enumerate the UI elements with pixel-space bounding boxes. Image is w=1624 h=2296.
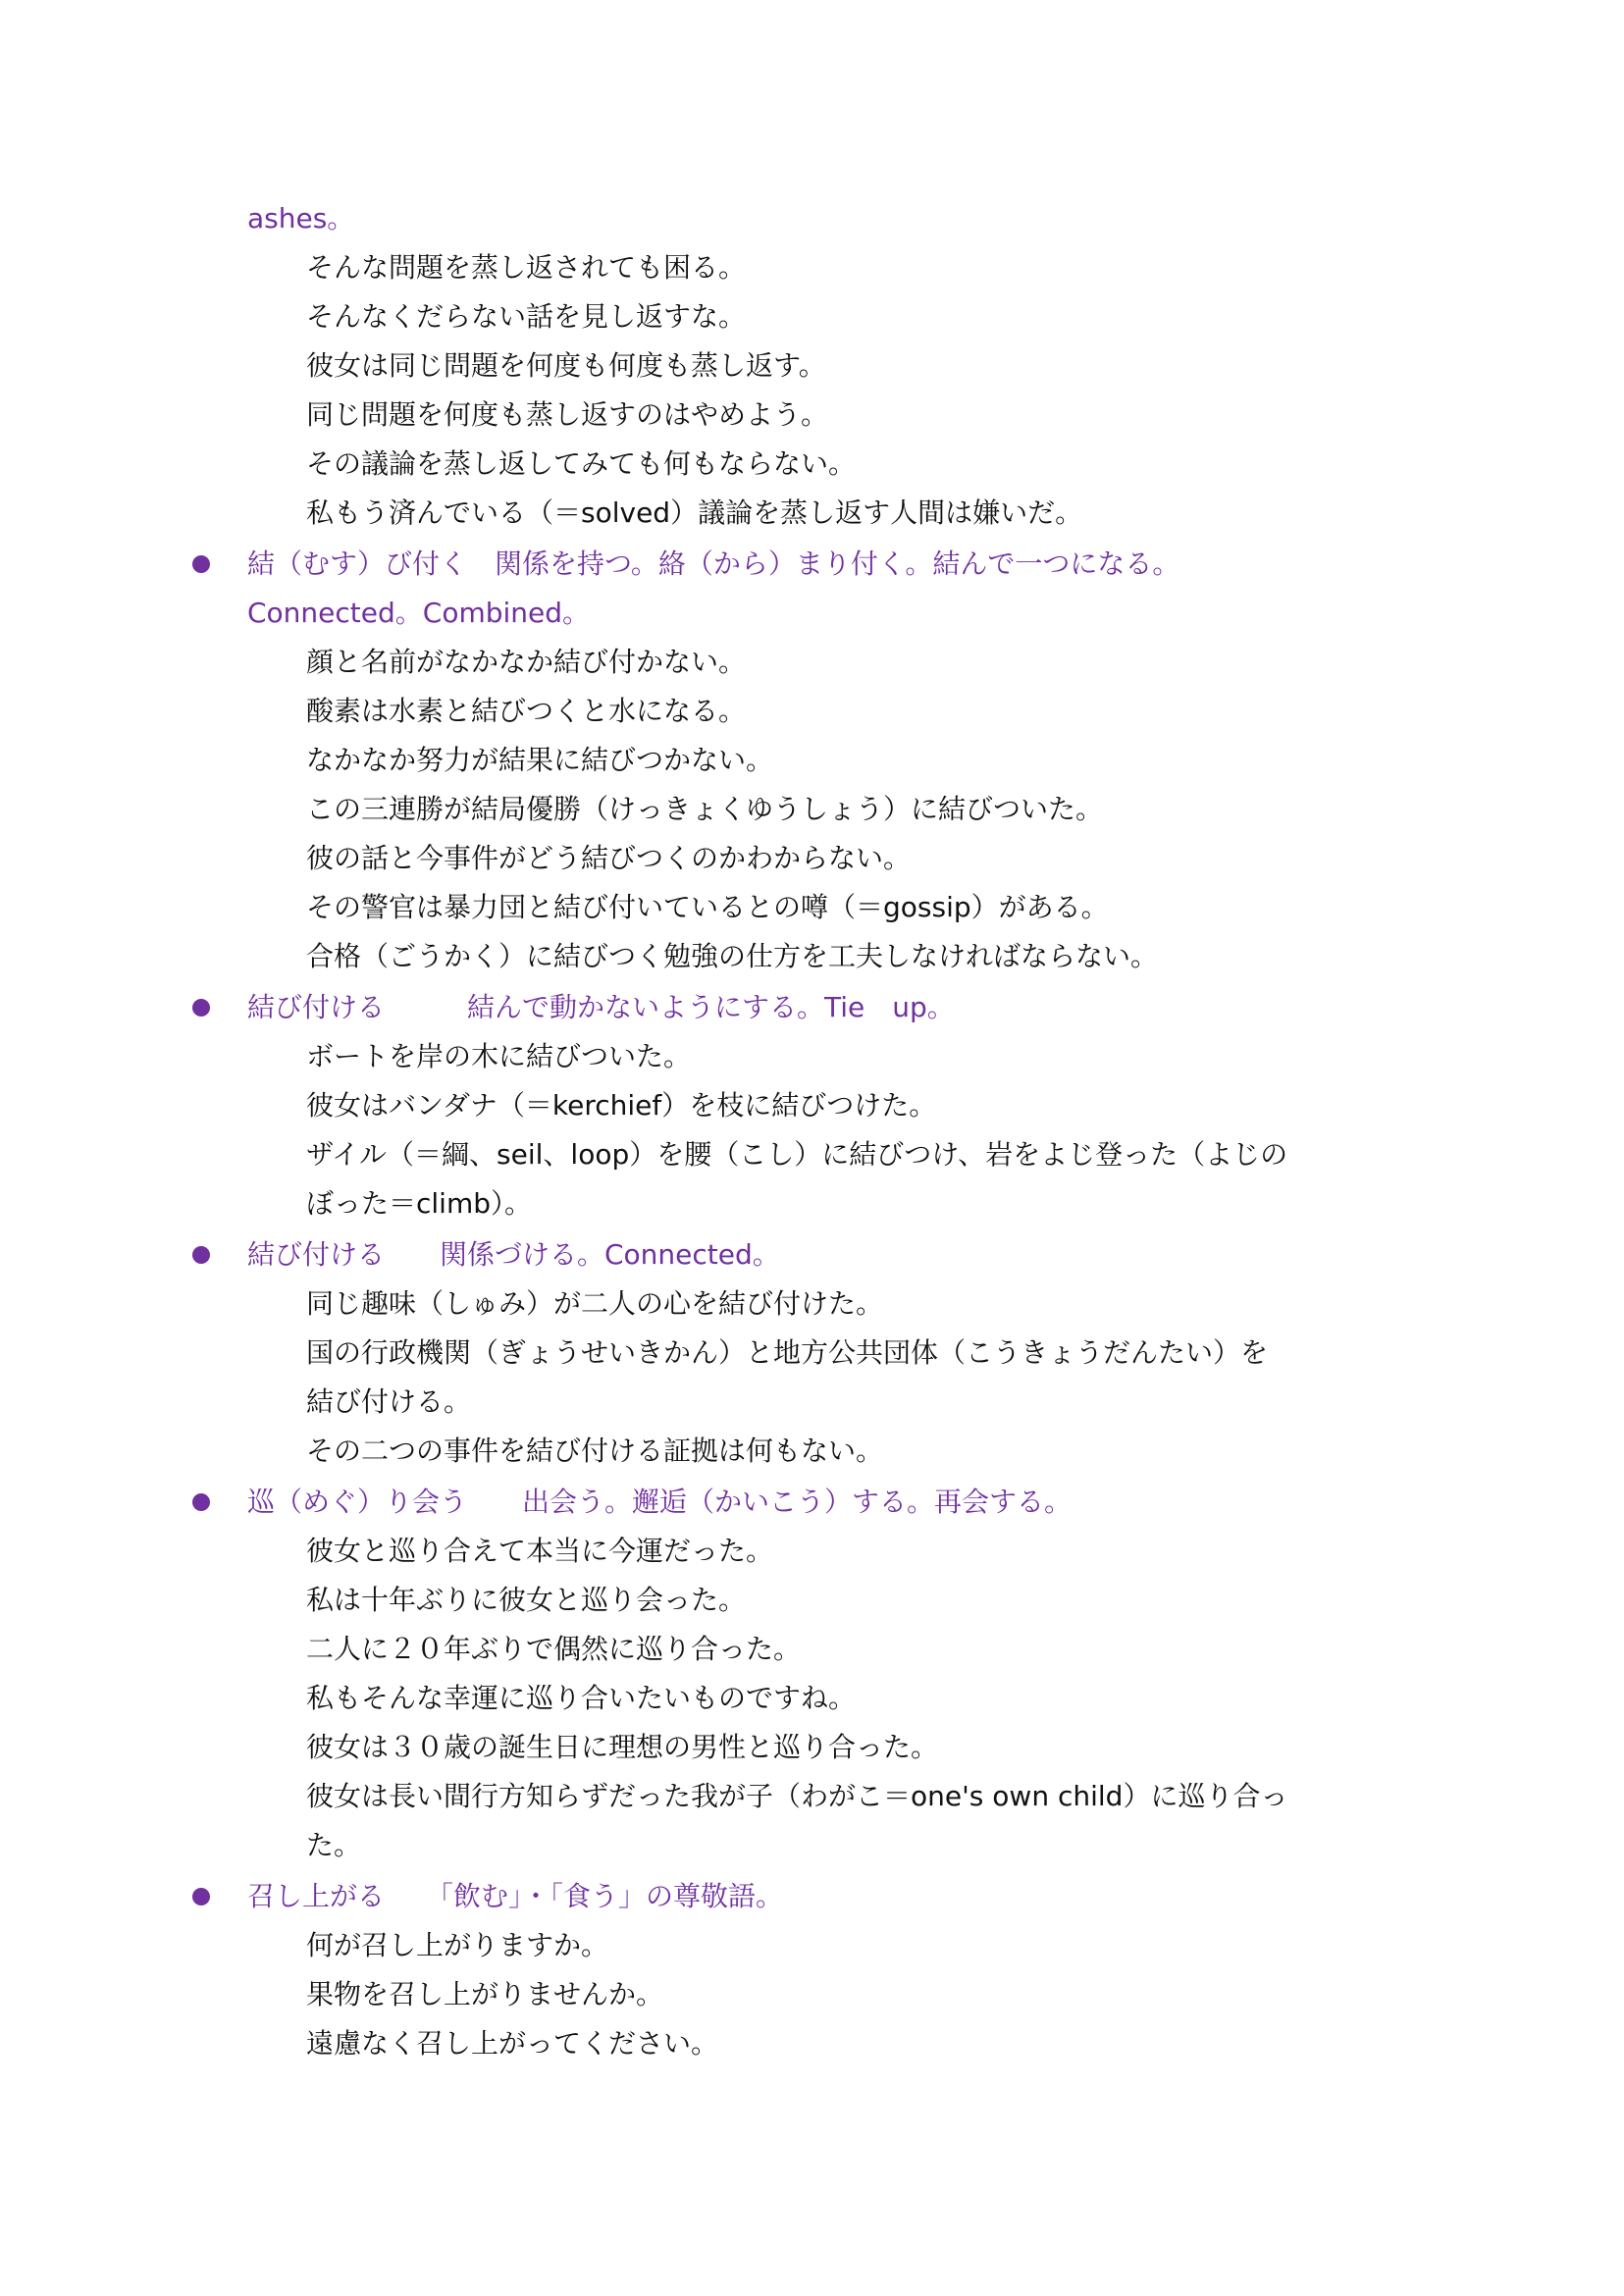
example-sentence: 私もう済んでいる（＝solved）議論を蒸し返す人間は嫌いだ。 bbox=[306, 489, 1082, 538]
document-page: ashes。 そんな問題を蒸し返されても困る。 そんなくだらない話を見し返すな。… bbox=[0, 0, 1624, 2296]
example-sentence: 同じ問題を何度も蒸し返すのはやめよう。 bbox=[306, 391, 828, 440]
vocab-heading: 結び付ける 結んで動かないようにする。Tie up。 bbox=[247, 983, 955, 1032]
example-sentence: そんな問題を蒸し返されても困る。 bbox=[306, 243, 746, 292]
example-sentence: 果物を召し上がりませんか。 bbox=[306, 1970, 663, 2019]
example-sentence: その議論を蒸し返してみても何もならない。 bbox=[306, 440, 856, 489]
bullet-icon bbox=[192, 1246, 210, 1264]
example-sentence: 国の行政機関（ぎょうせいきかん）と地方公共団体（こうきょうだんたい）を bbox=[306, 1329, 1268, 1378]
example-sentence: 結び付ける。 bbox=[306, 1378, 471, 1427]
example-sentence: 私もそんな幸運に巡り合いたいものですね。 bbox=[306, 1674, 856, 1723]
definition-continuation: Connected。Combined。 bbox=[247, 589, 590, 638]
example-sentence: この三連勝が結局優勝（けっきょくゆうしょう）に結びついた。 bbox=[306, 785, 1103, 834]
example-sentence: た。 bbox=[306, 1821, 361, 1870]
example-sentence: 彼女は同じ問題を何度も何度も蒸し返す。 bbox=[306, 341, 826, 391]
bullet-icon bbox=[192, 1888, 210, 1905]
vocab-heading: 結（むす）び付く 関係を持つ。絡（から）まり付く。結んで一つになる。 bbox=[247, 540, 1179, 589]
vocab-heading: 巡（めぐ）り会う 出会う。邂逅（かいこう）する。再会する。 bbox=[247, 1478, 1072, 1527]
example-sentence: なかなか努力が結果に結びつかない。 bbox=[306, 736, 773, 785]
example-sentence: 彼の話と今事件がどう結びつくのかわからない。 bbox=[306, 834, 911, 883]
example-sentence: 何が召し上がりますか。 bbox=[306, 1921, 608, 1970]
example-sentence: 二人に２０年ぶりで偶然に巡り合った。 bbox=[306, 1625, 801, 1674]
bullet-icon bbox=[192, 999, 210, 1017]
example-sentence: 彼女は長い間行方知らずだった我が子（わがこ＝one's own child）に巡… bbox=[306, 1772, 1287, 1821]
example-sentence: 同じ趣味（しゅみ）が二人の心を結び付けた。 bbox=[306, 1279, 883, 1329]
example-sentence: ザイル（＝綱、seil、loop）を腰（こし）に結びつけ、岩をよじ登った（よじの bbox=[306, 1130, 1287, 1179]
example-sentence: 彼女と巡り合えて本当に今運だった。 bbox=[306, 1527, 773, 1576]
bullet-icon bbox=[192, 1493, 210, 1511]
example-sentence: 顔と名前がなかなか結び付かない。 bbox=[306, 638, 746, 687]
bullet-icon bbox=[192, 555, 210, 573]
example-sentence: その二つの事件を結び付ける証拠は何もない。 bbox=[306, 1427, 883, 1476]
example-sentence: 彼女はバンダナ（＝kerchief）を枝に結びつけた。 bbox=[306, 1081, 936, 1130]
example-sentence: 合格（ごうかく）に結びつく勉強の仕方を工夫しなければならない。 bbox=[306, 932, 1158, 981]
example-sentence: ボートを岸の木に結びついた。 bbox=[306, 1032, 691, 1081]
example-sentence: 彼女は３０歳の誕生日に理想の男性と巡り合った。 bbox=[306, 1723, 938, 1772]
example-sentence: 私は十年ぶりに彼女と巡り会った。 bbox=[306, 1576, 746, 1625]
example-sentence: ぼった＝climb）。 bbox=[306, 1179, 532, 1228]
example-sentence: そんなくだらない話を見し返すな。 bbox=[306, 292, 746, 341]
example-sentence: 酸素は水素と結びつくと水になる。 bbox=[306, 687, 746, 736]
vocab-heading: 結び付ける 関係づける。Connected。 bbox=[247, 1230, 780, 1279]
definition-continuation: ashes。 bbox=[247, 194, 354, 243]
example-sentence: 遠慮なく召し上がってください。 bbox=[306, 2019, 718, 2068]
example-sentence: その警官は暴力団と結び付いているとの噂（＝gossip）がある。 bbox=[306, 883, 1109, 932]
vocab-heading: 召し上がる 「飲む」・「食う」の尊敬語。 bbox=[247, 1872, 783, 1921]
